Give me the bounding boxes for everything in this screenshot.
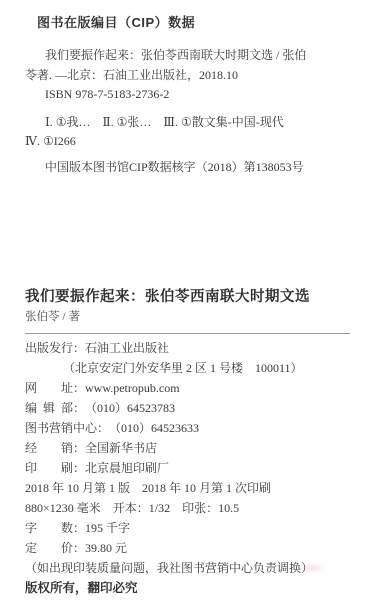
- isbn-line: ISBN 978-7-5183-2736-2: [25, 85, 350, 105]
- divider-rule: [25, 333, 350, 334]
- colophon-label: 图书营销中心: [25, 418, 97, 438]
- book-author: 张伯苓 / 著: [25, 310, 350, 324]
- cip-record-line: 苓著. —北京：石油工业出版社，2018.10: [25, 66, 350, 86]
- publisher-address: （北京安定门外安华里 2 区 1 号楼 100011）: [63, 361, 303, 375]
- book-copyright-page: 图书在版编目（CIP）数据 我们要振作起来：张伯苓西南联大时期文选 / 张伯 苓…: [0, 0, 375, 603]
- colophon-value: 石油工业出版社: [85, 341, 169, 355]
- word-count: 195 千字: [85, 521, 130, 535]
- cip-registry-line: 中国版本图书馆CIP数据核字（2018）第138053号: [25, 158, 350, 177]
- colophon-row-editorial: 编辑部：（010）64523783: [25, 398, 350, 418]
- colophon-row-printer: 印刷：北京晨旭印刷厂: [25, 458, 350, 478]
- colophon-label: 出版发行: [25, 338, 73, 358]
- colophon-row-price: 定价：39.80 元: [25, 538, 350, 558]
- marketing-phone: （010）64523633: [109, 421, 199, 435]
- cip-record-line: 我们要振作起来：张伯苓西南联大时期文选 / 张伯: [25, 46, 350, 66]
- colon: ：: [73, 378, 85, 398]
- format-line: 880×1230 毫米 开本：1/32 印张：10.5: [25, 498, 350, 518]
- classification-line: Ⅰ. ①我… Ⅱ. ①张… Ⅲ. ①散文集-中国-现代: [25, 113, 350, 132]
- colon: ：: [97, 418, 109, 438]
- book-title: 我们要振作起来：张伯苓西南联大时期文选: [25, 287, 350, 307]
- cip-record-paragraph: 我们要振作起来：张伯苓西南联大时期文选 / 张伯 苓著. —北京：石油工业出版社…: [25, 46, 350, 105]
- colophon-row-publisher: 出版发行：石油工业出版社: [25, 338, 350, 358]
- cip-header: 图书在版编目（CIP）数据: [25, 15, 350, 31]
- editorial-phone: （010）64523783: [85, 401, 175, 415]
- colophon-row-address: （北京安定门外安华里 2 区 1 号楼 100011）: [25, 358, 350, 378]
- colophon-row-distribution: 经销：全国新华书店: [25, 438, 350, 458]
- colophon-label: 定价: [25, 538, 73, 558]
- quality-notice: （如出现印装质量问题，我社图书营销中心负责调换）: [25, 558, 350, 578]
- colon: ：: [73, 518, 85, 538]
- price: 39.80 元: [85, 541, 127, 555]
- colophon-label: 印刷: [25, 458, 73, 478]
- colon: ：: [73, 438, 85, 458]
- colophon-label: 编辑部: [25, 398, 73, 418]
- colon: ：: [73, 398, 85, 418]
- distributor: 全国新华书店: [85, 441, 157, 455]
- edition-line: 2018 年 10 月第 1 版 2018 年 10 月第 1 次印刷: [25, 478, 350, 498]
- colophon-label: 网址: [25, 378, 73, 398]
- copyright-statement: 版权所有，翻印必究: [25, 578, 350, 598]
- classification-line: Ⅳ. ①I266: [25, 132, 350, 151]
- cip-classification: Ⅰ. ①我… Ⅱ. ①张… Ⅲ. ①散文集-中国-现代 Ⅳ. ①I266: [25, 113, 350, 151]
- colophon: 出版发行：石油工业出版社 （北京安定门外安华里 2 区 1 号楼 100011）…: [25, 338, 350, 598]
- colophon-row-marketing: 图书营销中心：（010）64523633: [25, 418, 350, 438]
- colophon-label: 经销: [25, 438, 73, 458]
- colophon-label: 字数: [25, 518, 73, 538]
- colon: ：: [73, 338, 85, 358]
- printer: 北京晨旭印刷厂: [85, 461, 169, 475]
- website-url: www.petropub.com: [85, 381, 180, 395]
- colophon-row-website: 网址：www.petropub.com: [25, 378, 350, 398]
- colon: ：: [73, 538, 85, 558]
- colophon-row-wordcount: 字数：195 千字: [25, 518, 350, 538]
- colon: ：: [73, 458, 85, 478]
